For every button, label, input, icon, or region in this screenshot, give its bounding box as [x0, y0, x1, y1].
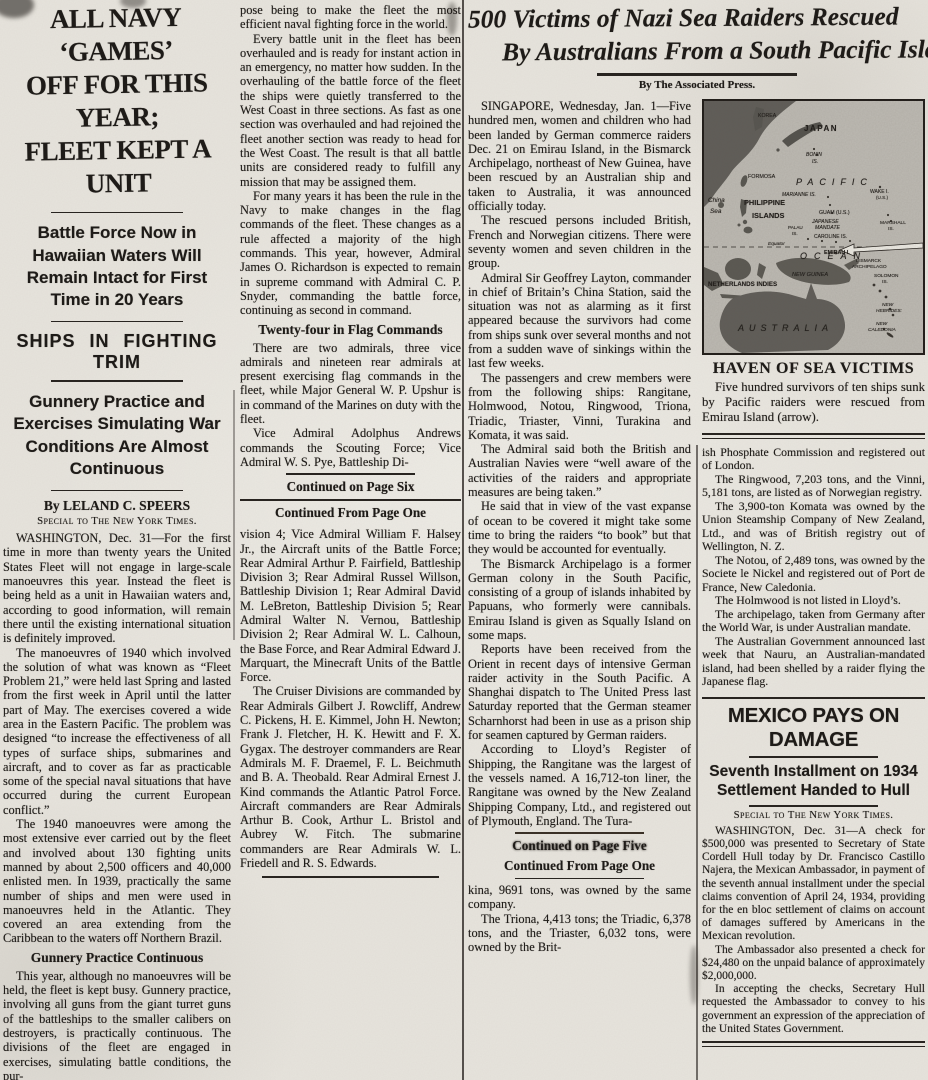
continued-from-label: Continued From Page One [468, 856, 691, 876]
divider-rule [597, 73, 797, 76]
article-paragraph: There are two admirals, three vice admir… [240, 341, 461, 427]
continued-marker: Continued on Page Five Continued From Pa… [468, 832, 691, 879]
navy-subhead-flag: Twenty-four in Flag Commands [240, 322, 461, 338]
article-paragraph: The rescued persons included British, Fr… [468, 213, 691, 270]
article-paragraph: The Triona, 4,413 tons; the Triadic, 6,3… [468, 912, 691, 955]
article-paragraph: The Australian Government announced last… [702, 635, 925, 689]
navy-subhead1: SHIPS IN FIGHTING TRIM [3, 331, 231, 373]
rescue-article-col3: SINGAPORE, Wednesday, Jan. 1—Five hundre… [468, 99, 691, 955]
mexico-article: MEXICO PAYS ON DAMAGE Seventh Installmen… [702, 697, 925, 1047]
navy-deck1: Battle Force Now in Hawaiian Waters Will… [3, 220, 231, 314]
article-paragraph: The Notou, of 2,489 tons, was owned by t… [702, 554, 925, 595]
navy-headline-line: OFF FOR THIS YEAR; [2, 66, 231, 136]
article-paragraph: The 3,900-ton Komata was owned by the Un… [702, 500, 925, 554]
article-paragraph: The archipelago, taken from Germany afte… [702, 608, 925, 635]
article-paragraph: He said that in view of the vast expanse… [468, 499, 691, 556]
divider-rule [51, 212, 183, 214]
rescue-credit: By The Associated Press. [468, 79, 926, 91]
rescue-headline-line: 500 Victims of Nazi Sea Raiders Rescued [468, 2, 899, 34]
section-divider [702, 433, 925, 439]
article-paragraph: Admiral Sir Geoffrey Layton, commander i… [468, 271, 691, 371]
navy-subhead-gunnery: Gunnery Practice Continuous [3, 950, 231, 966]
article-paragraph: The Holmwood is not listed in Lloyd’s. [702, 594, 925, 608]
divider-rule [240, 499, 461, 502]
article-paragraph: Vice Admiral Adolphus Andrews commands t… [240, 426, 461, 469]
navy-deck2: Gunnery Practice and Exercises Simulatin… [3, 389, 231, 483]
navy-article-col2: pose being to make the fleet the most ef… [240, 3, 461, 884]
divider-rule [51, 490, 183, 492]
continued-on-label: Continued on Page Six [240, 477, 461, 497]
mexico-deck: Seventh Installment on 1934 Settlement H… [702, 762, 925, 802]
article-paragraph: pose being to make the fleet the most ef… [240, 3, 461, 32]
rescue-headline-block: 500 Victims of Nazi Sea Raiders Rescued … [468, 2, 926, 91]
continued-marker: Continued on Page Six Continued From Pag… [240, 473, 461, 523]
right-column: KOREA JAPAN BONIN IS. FORMOSA PACIFIC MA… [702, 99, 925, 1054]
article-paragraph: The Cruiser Divisions are commanded by R… [240, 684, 461, 870]
article-paragraph: vision 4; Vice Admiral William F. Halsey… [240, 527, 461, 684]
article-paragraph: This year, although no manoeuvres will b… [3, 969, 231, 1080]
pacific-map-svg: KOREA JAPAN BONIN IS. FORMOSA PACIFIC MA… [704, 101, 923, 353]
divider-rule [702, 697, 925, 700]
article-paragraph: For many years it has been the rule in t… [240, 189, 461, 318]
article-paragraph: The Ringwood, 7,203 tons, and the Vinni,… [702, 473, 925, 500]
navy-headline-line: FLEET KEPT A UNIT [4, 132, 233, 202]
navy-headline: ALL NAVY ‘GAMES’ OFF FOR THIS YEAR; FLEE… [1, 0, 232, 202]
article-paragraph: kina, 9691 tons, was owned by the same c… [468, 883, 691, 912]
divider-rule [515, 832, 644, 834]
mexico-headline: MEXICO PAYS ON DAMAGE [702, 704, 925, 752]
newspaper-page: ALL NAVY ‘GAMES’ OFF FOR THIS YEAR; FLEE… [0, 0, 928, 1080]
navy-headline-line: ALL NAVY ‘GAMES’ [1, 0, 230, 70]
column-divider [696, 445, 698, 1080]
article-paragraph: The manoeuvres of 1940 which involved th… [3, 646, 231, 818]
article-paragraph: The Admiral said both the British and Au… [468, 442, 691, 499]
navy-credit: Special to The New York Times. [3, 515, 231, 527]
article-paragraph: The 1940 manoeuvres were among the most … [3, 817, 231, 946]
rescue-headline: 500 Victims of Nazi Sea Raiders Rescued … [468, 0, 926, 68]
article-paragraph: According to Lloyd’s Register of Shippin… [468, 742, 691, 828]
divider-rule [286, 473, 414, 475]
rescue-headline-line: By Australians From a South Pacific Isla… [502, 33, 926, 69]
mexico-credit: Special to The New York Times. [702, 809, 925, 821]
article-paragraph: WASHINGTON, Dec. 31—A check for $500,000… [702, 825, 925, 944]
map-caption-text: Five hundred survivors of ten ships sunk… [702, 380, 925, 426]
column-divider [233, 390, 235, 640]
pacific-map: KOREA JAPAN BONIN IS. FORMOSA PACIFIC MA… [702, 99, 925, 355]
article-paragraph: Every battle unit in the fleet has been … [240, 32, 461, 189]
continued-from-label: Continued From Page One [240, 503, 461, 523]
continued-on-label: Continued on Page Five [468, 836, 691, 856]
divider-rule [749, 805, 878, 807]
navy-byline: By LELAND C. SPEERS [3, 498, 231, 514]
divider-rule [515, 878, 644, 880]
article-paragraph: Reports have been received from the Orie… [468, 642, 691, 742]
article-paragraph: WASHINGTON, Dec. 31—For the first time i… [3, 531, 231, 645]
divider-rule [51, 321, 183, 323]
map-caption-title: HAVEN OF SEA VICTIMS [702, 360, 925, 378]
divider-rule [51, 380, 183, 382]
article-paragraph: The Bismarck Archipelago is a former Ger… [468, 557, 691, 643]
article-paragraph: SINGAPORE, Wednesday, Jan. 1—Five hundre… [468, 99, 691, 213]
section-divider [702, 1041, 925, 1047]
article-paragraph: The Ambassador also presented a check fo… [702, 944, 925, 984]
divider-rule [749, 756, 878, 758]
divider-rule [262, 876, 439, 878]
article-paragraph: ish Phosphate Commission and registered … [702, 446, 925, 473]
column-divider [462, 0, 464, 1080]
article-paragraph: The passengers and crew members were fro… [468, 371, 691, 442]
navy-article-col1: ALL NAVY ‘GAMES’ OFF FOR THIS YEAR; FLEE… [3, 2, 231, 1080]
article-paragraph: In accepting the checks, Secretary Hull … [702, 983, 925, 1036]
